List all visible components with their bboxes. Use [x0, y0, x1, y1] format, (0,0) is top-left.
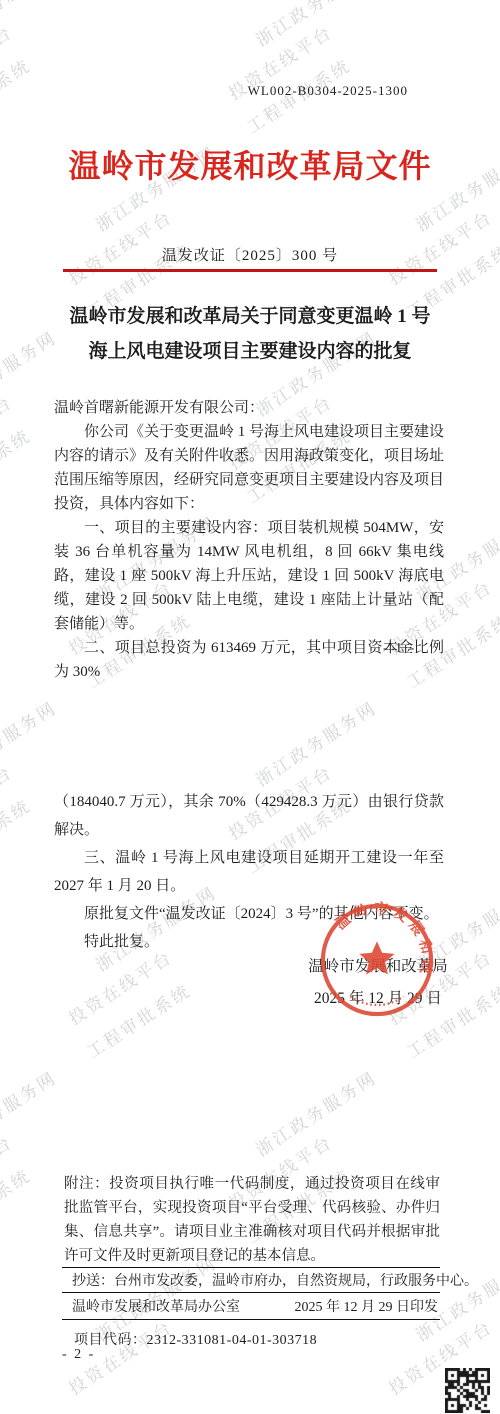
paragraph: （184040.7 万元），其余 70%（429428.3 万元）由银行贷款解决… — [54, 788, 444, 844]
document-content: WL002-B0304-2025-1300 温岭市发展和改革局文件 温发改证〔2… — [0, 0, 500, 1414]
issuer-office: 温岭市发展和改革局办公室 — [72, 1296, 240, 1316]
subject-line-1: 温岭市发展和改革局关于同意变更温岭 1 号 — [30, 299, 470, 334]
paragraph: 你公司《关于变更温岭 1 号海上风电建设项目主要建设内容的请示》及有关附件收悉。… — [54, 420, 444, 516]
svg-text:温岭市发展和改革局: 温岭市发展和改革局 — [318, 901, 436, 980]
document-number: 温发改证〔2025〕300 号 — [0, 244, 500, 265]
subject-title: 温岭市发展和改革局关于同意变更温岭 1 号 海上风电建设项目主要建设内容的批复 — [30, 299, 470, 369]
subject-line-2: 海上风电建设项目主要建设内容的批复 — [30, 334, 470, 369]
project-code-label: 项目代码： — [74, 1333, 147, 1348]
document-page: 浙江政务服务网 工程审批系统投资在线平台浙江政务服务网 工程审批系统投资在线平台… — [0, 0, 500, 1414]
qr-code — [445, 1368, 490, 1413]
file-code: WL002-B0304-2025-1300 — [248, 83, 408, 99]
seal-arc-text: 温岭市发展和改革局 — [318, 901, 436, 980]
cc-row: 抄送：台州市发改委，温岭市府办，自然资规局，行政服务中心。 — [62, 1267, 440, 1293]
page1-number: - 1 - — [383, 641, 416, 657]
project-code-value: 2312-331081-04-01-303718 — [147, 1333, 318, 1348]
print-date: 2025 年 12 月 29 日印发 — [295, 1296, 439, 1316]
star-icon — [359, 941, 394, 974]
footer-block: 抄送：台州市发改委，温岭市府办，自然资规局，行政服务中心。 温岭市发展和改革局办… — [62, 1267, 440, 1349]
masthead-title: 温岭市发展和改革局文件 — [0, 141, 500, 187]
project-code-row: 项目代码：2312-331081-04-01-303718 — [62, 1329, 440, 1349]
red-rule — [63, 269, 437, 272]
page2-number: - 2 - — [62, 1347, 95, 1363]
salutation: 温岭首曙新能源开发有限公司： — [54, 396, 444, 420]
note-block: 附注：投资项目执行唯一代码制度，通过投资项目在线审批监管平台，实现投资项目“平台… — [64, 1172, 440, 1268]
seal-serial-dots — [350, 996, 403, 1005]
issuer-row: 温岭市发展和改革局办公室 2025 年 12 月 29 日印发 — [62, 1293, 440, 1320]
official-seal: 温岭市发展和改革局 — [318, 901, 436, 1019]
paragraph: 三、温岭 1 号海上风电建设项目延期开工建设一年至 2027 年 1 月 20 … — [54, 844, 444, 900]
paragraph: 一、项目的主要建设内容：项目装机规模 504MW，安装 36 台单机容量为 14… — [54, 516, 444, 636]
